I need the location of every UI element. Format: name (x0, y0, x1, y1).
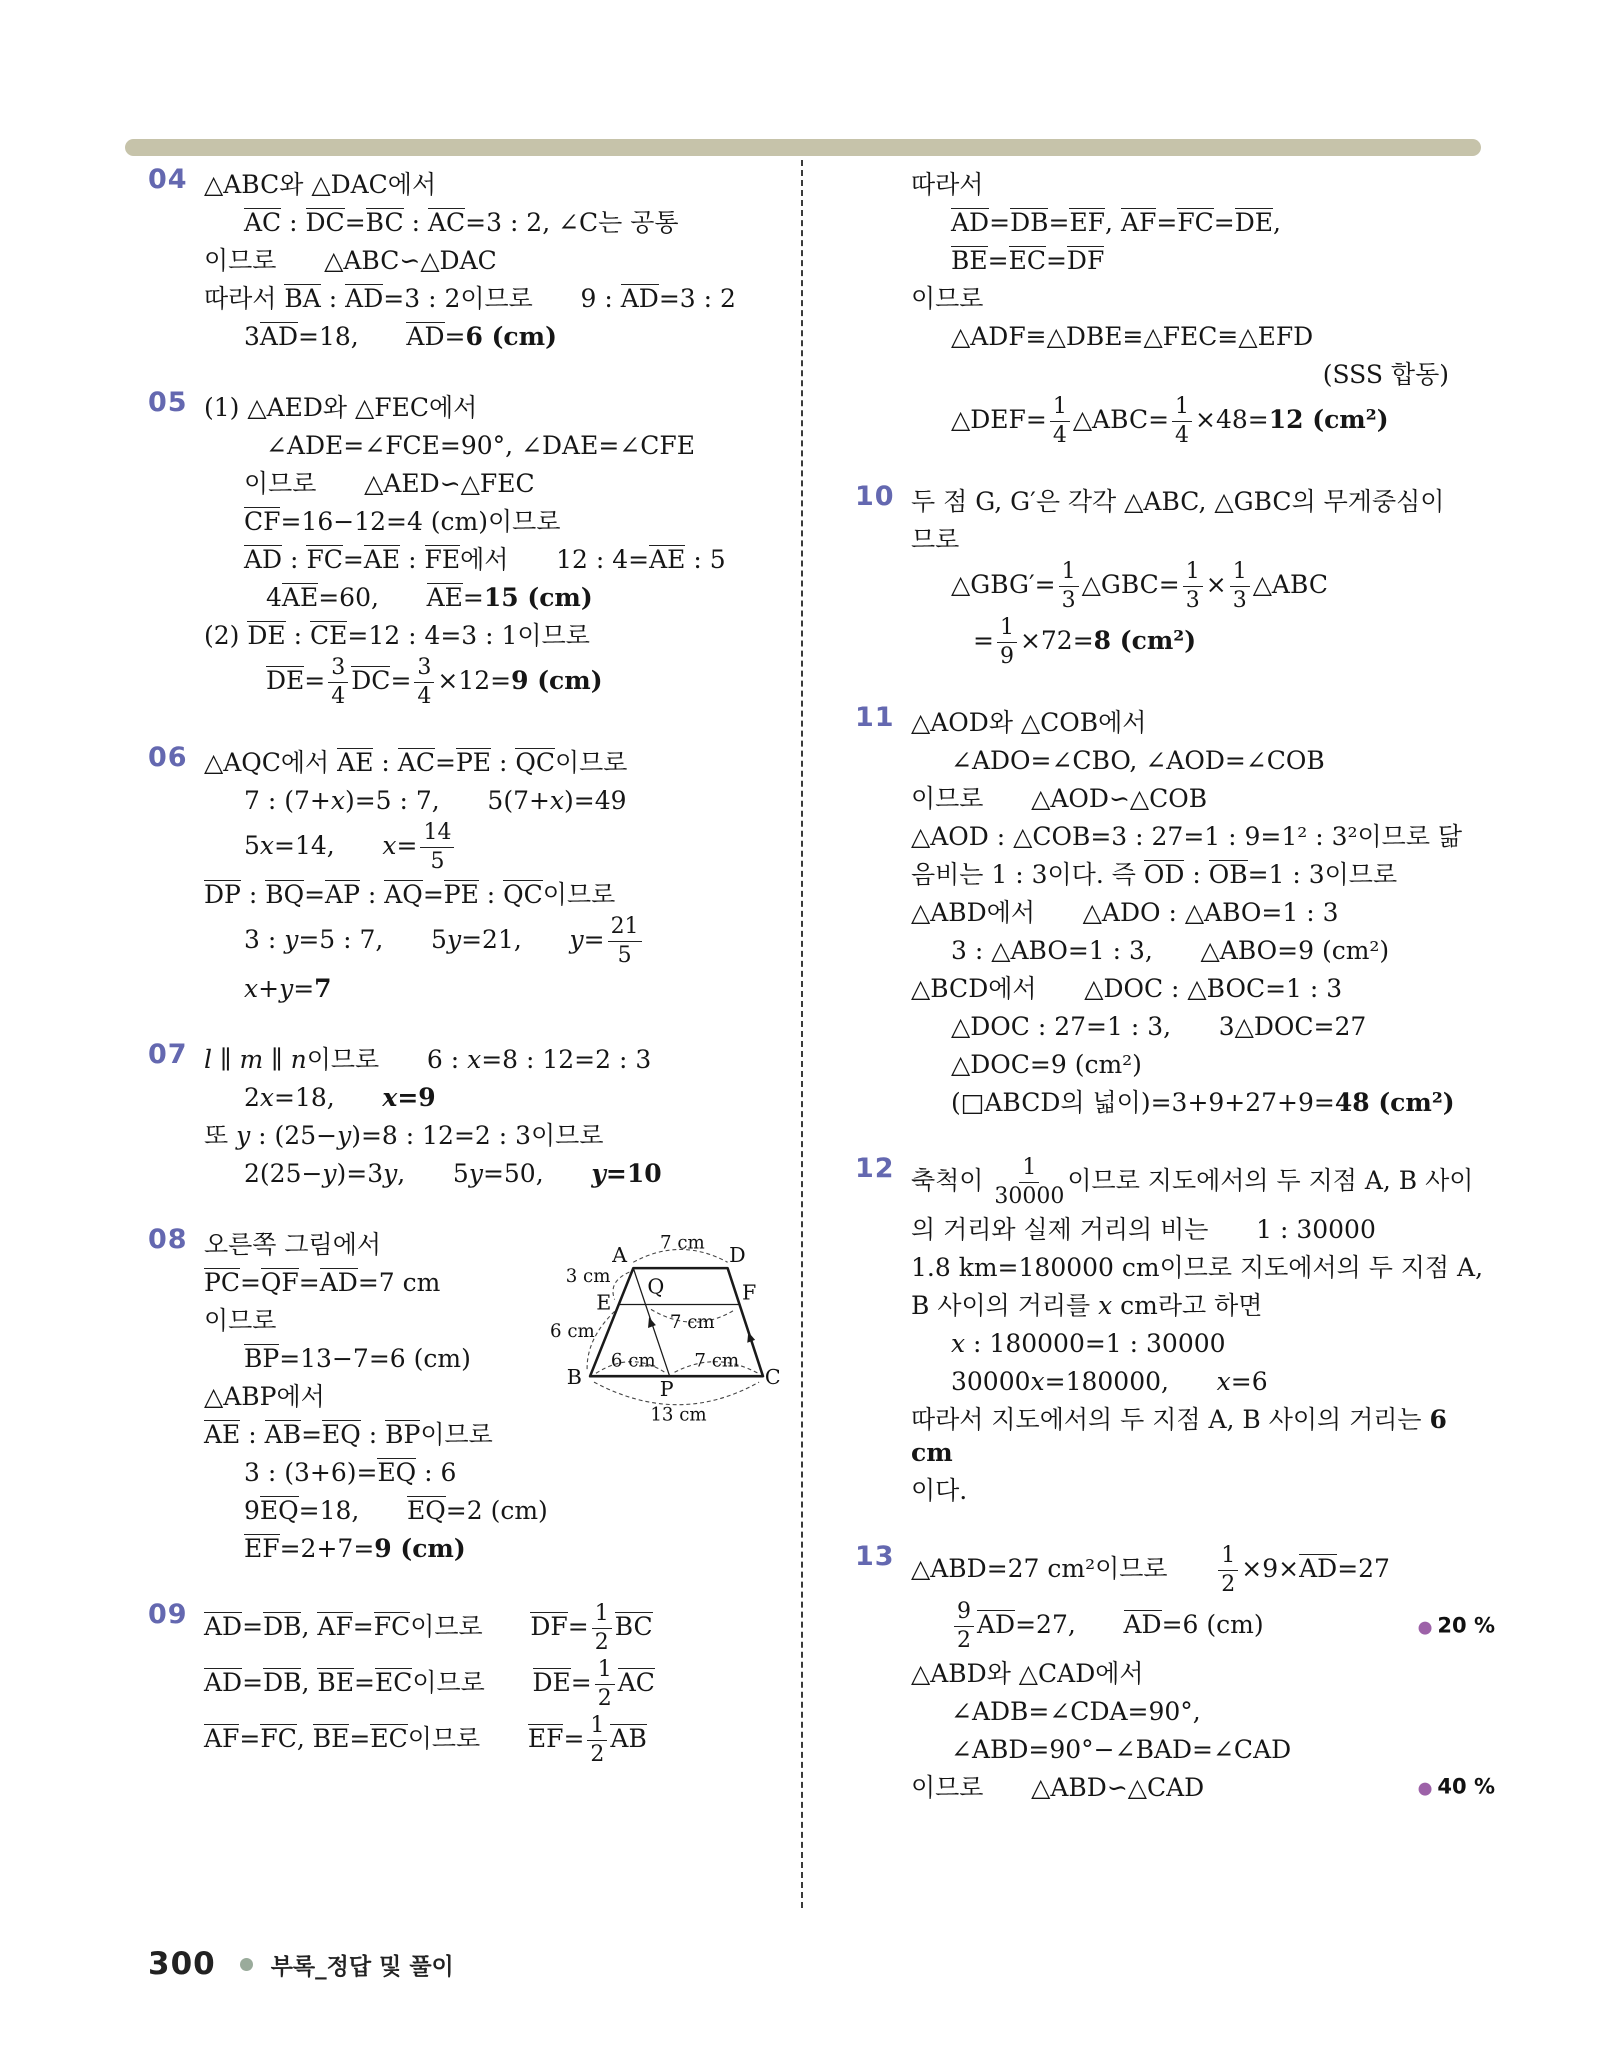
solution-line: AD=DB, AF=FC이므로 DF=12BC (204, 1603, 798, 1654)
solution-line: AD=DB=EF, AF=FC=DE, (911, 206, 1485, 239)
problem-body: △ABD=27 cm²이므로 12×9×AD=2792AD=27, AD=6 (… (911, 1540, 1485, 1809)
problem-number: 10 (855, 480, 911, 673)
solution-line: △ADF≡△DBE≡△FEC≡△EFD (911, 320, 1485, 353)
problem-12: 12축척이 130000이므로 지도에서의 두 지점 A, B 사이의 거리와 … (855, 1152, 1485, 1512)
solution-line: ∠ADO=∠CBO, ∠AOD=∠COB (911, 744, 1485, 777)
solution-line: △DEF=14△ABC=14×48=12 (cm²) (911, 396, 1485, 447)
problem-body: (1) △AED와 △FEC에서∠ADE=∠FCE=90°, ∠DAE=∠CFE… (204, 386, 798, 713)
solution-line: 음비는 1 : 3이다. 즉 OD : OB=1 : 3이므로 (911, 858, 1485, 891)
problem-number (855, 163, 911, 452)
fraction: 13 (1183, 561, 1203, 612)
solution-line: 이므로 △ABC∽△DAC (204, 244, 798, 277)
solution-line: DE=34DC=34×12=9 (cm) (204, 657, 798, 708)
problem-number: 09 (148, 1598, 204, 1771)
solution-line: △ABC와 △DAC에서 (204, 168, 798, 201)
dim-label: 7 cm (660, 1232, 705, 1253)
fraction: 13 (1230, 561, 1250, 612)
problem-body: 축척이 130000이므로 지도에서의 두 지점 A, B 사이의 거리와 실제… (911, 1152, 1485, 1512)
trapezoid-diagram: ADEBCPQF7 cm3 cm6 cm7 cm6 cm7 cm13 cm (538, 1225, 818, 1438)
solution-line: 4AE=60, AE=15 (cm) (204, 581, 798, 614)
dim-label: 7 cm (694, 1350, 739, 1371)
solution-line: 7 : (7+x)=5 : 7, 5(7+x)=49 (204, 784, 798, 817)
problem-number: 13 (855, 1540, 911, 1809)
fraction: 34 (414, 657, 434, 708)
solution-line: 의 거리와 실제 거리의 비는 1 : 30000 (911, 1213, 1485, 1246)
solution-line: 1.8 km=180000 cm이므로 지도에서의 두 지점 A, (911, 1251, 1485, 1284)
solution-line: 9EQ=18, EQ=2 (cm) (204, 1494, 798, 1527)
solution-line: 따라서 (911, 168, 1485, 201)
fraction: 145 (420, 822, 454, 873)
problem-number: 08 (148, 1223, 204, 1570)
problem-number: 04 (148, 163, 204, 358)
score-percent-badge: ●20 % (1418, 1609, 1495, 1644)
vertex-label-c: C (765, 1365, 781, 1389)
solution-line: ∠ABD=90°−∠BAD=∠CAD (911, 1733, 1485, 1766)
header-rule-bar (125, 139, 1481, 156)
solution-line: DP : BQ=AP : AQ=PE : QC이므로 (204, 878, 798, 911)
solution-line: 2x=18, x=9 (204, 1081, 798, 1114)
fraction: 14 (1050, 396, 1070, 447)
solution-line: 또 y : (25−y)=8 : 12=2 : 3이므로 (204, 1119, 798, 1152)
solution-line: 92AD=27, AD=6 (cm)●20 % (911, 1601, 1485, 1652)
vertex-label-b: B (567, 1365, 582, 1389)
bullet-icon: ● (1418, 1617, 1433, 1637)
solution-line: =19×72=8 (cm²) (911, 617, 1485, 668)
fraction: 92 (954, 1601, 974, 1652)
solution-line: 이므로 △ABD∽△CAD●40 % (911, 1771, 1485, 1804)
solution-line: 이다. (911, 1474, 1485, 1507)
footer-dot-icon (240, 1958, 253, 1971)
problem-11: 11△AOD와 △COB에서∠ADO=∠CBO, ∠AOD=∠COB이므로 △A… (855, 701, 1485, 1124)
dim-label: 6 cm (550, 1321, 595, 1342)
problem-13: 13△ABD=27 cm²이므로 12×9×AD=2792AD=27, AD=6… (855, 1540, 1485, 1809)
problem-body: △AQC에서 AE : AC=PE : QC이므로7 : (7+x)=5 : 7… (204, 741, 798, 1010)
solution-line: △GBG′=13△GBC=13×13△ABC (911, 561, 1485, 612)
solution-line: △ABD에서 △ADO : △ABO=1 : 3 (911, 896, 1485, 929)
problem-number: 05 (148, 386, 204, 713)
problem-09: 09AD=DB, AF=FC이므로 DF=12BCAD=DB, BE=EC이므로… (148, 1598, 798, 1771)
vertex-label-e: E (596, 1290, 611, 1314)
page-footer: 300 부록_정답 및 풀이 (148, 1946, 454, 1982)
solution-line: 2(25−y)=3y, 5y=50, y=10 (204, 1157, 798, 1190)
solution-line: 므로 (911, 523, 1485, 556)
column-left: 04△ABC와 △DAC에서AC : DC=BC : AC=3 : 2, ∠C는… (148, 163, 798, 1799)
problem-05: 05(1) △AED와 △FEC에서∠ADE=∠FCE=90°, ∠DAE=∠C… (148, 386, 798, 713)
solution-line: △ABD=27 cm²이므로 12×9×AD=27 (911, 1545, 1485, 1596)
solution-line: l ∥ m ∥ n이므로 6 : x=8 : 12=2 : 3 (204, 1043, 798, 1076)
problem-04: 04△ABC와 △DAC에서AC : DC=BC : AC=3 : 2, ∠C는… (148, 163, 798, 358)
textbook-answer-page: 04△ABC와 △DAC에서AC : DC=BC : AC=3 : 2, ∠C는… (0, 0, 1604, 2060)
problem-body: 따라서AD=DB=EF, AF=FC=DE,BE=EC=DF이므로△ADF≡△D… (911, 163, 1485, 452)
parallel-arrow-dc (747, 1332, 755, 1343)
solution-line: 5x=14, x=145 (204, 822, 798, 873)
problem-10: 10두 점 G, G′은 각각 △ABC, △GBC의 무게중심이므로△GBG′… (855, 480, 1485, 673)
fraction: 12 (1218, 1545, 1238, 1596)
solution-line: x : 180000=1 : 30000 (911, 1327, 1485, 1360)
solution-line: 3 : y=5 : 7, 5y=21, y=215 (204, 916, 798, 967)
problem-body: 오른쪽 그림에서PC=QF=AD=7 cm이므로BP=13−7=6 (cm)△A… (204, 1223, 798, 1570)
problem-number: 12 (855, 1152, 911, 1512)
solution-line: 따라서 지도에서의 두 지점 A, B 사이의 거리는 6 cm (911, 1403, 1485, 1469)
footer-section-label: 부록_정답 및 풀이 (271, 1948, 454, 1981)
solution-line: △BCD에서 △DOC : △BOC=1 : 3 (911, 972, 1485, 1005)
problem-number: 07 (148, 1038, 204, 1195)
dim-label: 13 cm (650, 1404, 706, 1425)
solution-line: 3 : (3+6)=EQ : 6 (204, 1456, 798, 1489)
fraction: 19 (997, 617, 1017, 668)
bullet-icon: ● (1418, 1778, 1433, 1798)
fraction: 14 (1172, 396, 1192, 447)
solution-line: AF=FC, BE=EC이므로 EF=12AB (204, 1715, 798, 1766)
solution-line: △AQC에서 AE : AC=PE : QC이므로 (204, 746, 798, 779)
dim-label: 6 cm (611, 1350, 656, 1371)
solution-line: x+y=7 (204, 972, 798, 1005)
solution-line: 축척이 130000이므로 지도에서의 두 지점 A, B 사이 (911, 1157, 1485, 1208)
solution-line: 이므로 △AED∽△FEC (204, 467, 798, 500)
problem-number: 11 (855, 701, 911, 1124)
solution-line: ∠ADB=∠CDA=90°, (911, 1695, 1485, 1728)
page-number: 300 (148, 1946, 216, 1982)
vertex-label-p: P (660, 1377, 674, 1401)
solution-line: (1) △AED와 △FEC에서 (204, 391, 798, 424)
vertex-label-f: F (742, 1281, 756, 1305)
problem-body: 두 점 G, G′은 각각 △ABC, △GBC의 무게중심이므로△GBG′=1… (911, 480, 1485, 673)
solution-line: BE=EC=DF (911, 244, 1485, 277)
solution-line: (□ABCD의 넓이)=3+9+27+9=48 (cm²) (911, 1086, 1485, 1119)
score-percent-badge: ●40 % (1418, 1770, 1495, 1805)
problem-number: 06 (148, 741, 204, 1010)
solution-line: 30000x=180000, x=6 (911, 1365, 1485, 1398)
fraction: 34 (328, 657, 348, 708)
dim-label: 7 cm (670, 1312, 715, 1333)
problem-08: 08오른쪽 그림에서PC=QF=AD=7 cm이므로BP=13−7=6 (cm)… (148, 1223, 798, 1570)
problem-08-figure: ADEBCPQF7 cm3 cm6 cm7 cm6 cm7 cm13 cm (538, 1225, 818, 1438)
problem-07: 07l ∥ m ∥ n이므로 6 : x=8 : 12=2 : 32x=18, … (148, 1038, 798, 1195)
solution-line: ∠ADE=∠FCE=90°, ∠DAE=∠CFE (204, 429, 798, 462)
solution-line: 3AD=18, AD=6 (cm) (204, 320, 798, 353)
vertex-label-d: D (729, 1243, 746, 1267)
solution-line: 3 : △ABO=1 : 3, △ABO=9 (cm²) (911, 934, 1485, 967)
problem-body: △ABC와 △DAC에서AC : DC=BC : AC=3 : 2, ∠C는 공… (204, 163, 798, 358)
problem-06: 06△AQC에서 AE : AC=PE : QC이므로7 : (7+x)=5 :… (148, 741, 798, 1010)
problem-body: l ∥ m ∥ n이므로 6 : x=8 : 12=2 : 32x=18, x=… (204, 1038, 798, 1195)
fraction: 130000 (994, 1157, 1064, 1208)
fraction: 13 (1059, 561, 1079, 612)
solution-line: △AOD : △COB=3 : 27=1 : 9=1² : 3²이므로 닮 (911, 820, 1485, 853)
solution-line: 따라서 BA : AD=3 : 2이므로 9 : AD=3 : 2 (204, 282, 798, 315)
dim-label: 3 cm (566, 1266, 611, 1287)
solution-line: △DOC : 27=1 : 3, 3△DOC=27 (911, 1010, 1485, 1043)
column-divider (801, 160, 803, 1908)
fraction: 12 (592, 1603, 612, 1654)
solution-line: B 사이의 거리를 x cm라고 하면 (911, 1289, 1485, 1322)
parallel-arrow-ap (648, 1317, 656, 1328)
solution-line: 이므로 (911, 282, 1485, 315)
vertex-label-q: Q (647, 1275, 664, 1299)
vertex-label-a: A (611, 1243, 628, 1267)
solution-line: △DOC=9 (cm²) (911, 1048, 1485, 1081)
solution-line: △ABD와 △CAD에서 (911, 1657, 1485, 1690)
solution-line: EF=2+7=9 (cm) (204, 1532, 798, 1565)
figure-labels: ADEBCPQF7 cm3 cm6 cm7 cm6 cm7 cm13 cm (550, 1232, 781, 1425)
fraction: 215 (608, 916, 642, 967)
fraction: 12 (595, 1659, 615, 1710)
problem-body: △AOD와 △COB에서∠ADO=∠CBO, ∠AOD=∠COB이므로 △AOD… (911, 701, 1485, 1124)
solution-line: (SSS 합동) (911, 358, 1485, 391)
solution-line: 이므로 △AOD∽△COB (911, 782, 1485, 815)
solution-line: (2) DE : CE=12 : 4=3 : 1이므로 (204, 619, 798, 652)
fraction: 12 (587, 1715, 607, 1766)
problem-body: AD=DB, AF=FC이므로 DF=12BCAD=DB, BE=EC이므로 D… (204, 1598, 798, 1771)
column-right: 따라서AD=DB=EF, AF=FC=DE,BE=EC=DF이므로△ADF≡△D… (855, 163, 1485, 1837)
solution-line: 두 점 G, G′은 각각 △ABC, △GBC의 무게중심이 (911, 485, 1485, 518)
problem-09-continued: 따라서AD=DB=EF, AF=FC=DE,BE=EC=DF이므로△ADF≡△D… (855, 163, 1485, 452)
solution-line: △AOD와 △COB에서 (911, 706, 1485, 739)
solution-line: AD=DB, BE=EC이므로 DE=12AC (204, 1659, 798, 1710)
solution-line: AD : FC=AE : FE에서 12 : 4=AE : 5 (204, 543, 798, 576)
solution-line: CF=16−12=4 (cm)이므로 (204, 505, 798, 538)
solution-line: AC : DC=BC : AC=3 : 2, ∠C는 공통 (204, 206, 798, 239)
dim-arc-bc (594, 1382, 759, 1405)
